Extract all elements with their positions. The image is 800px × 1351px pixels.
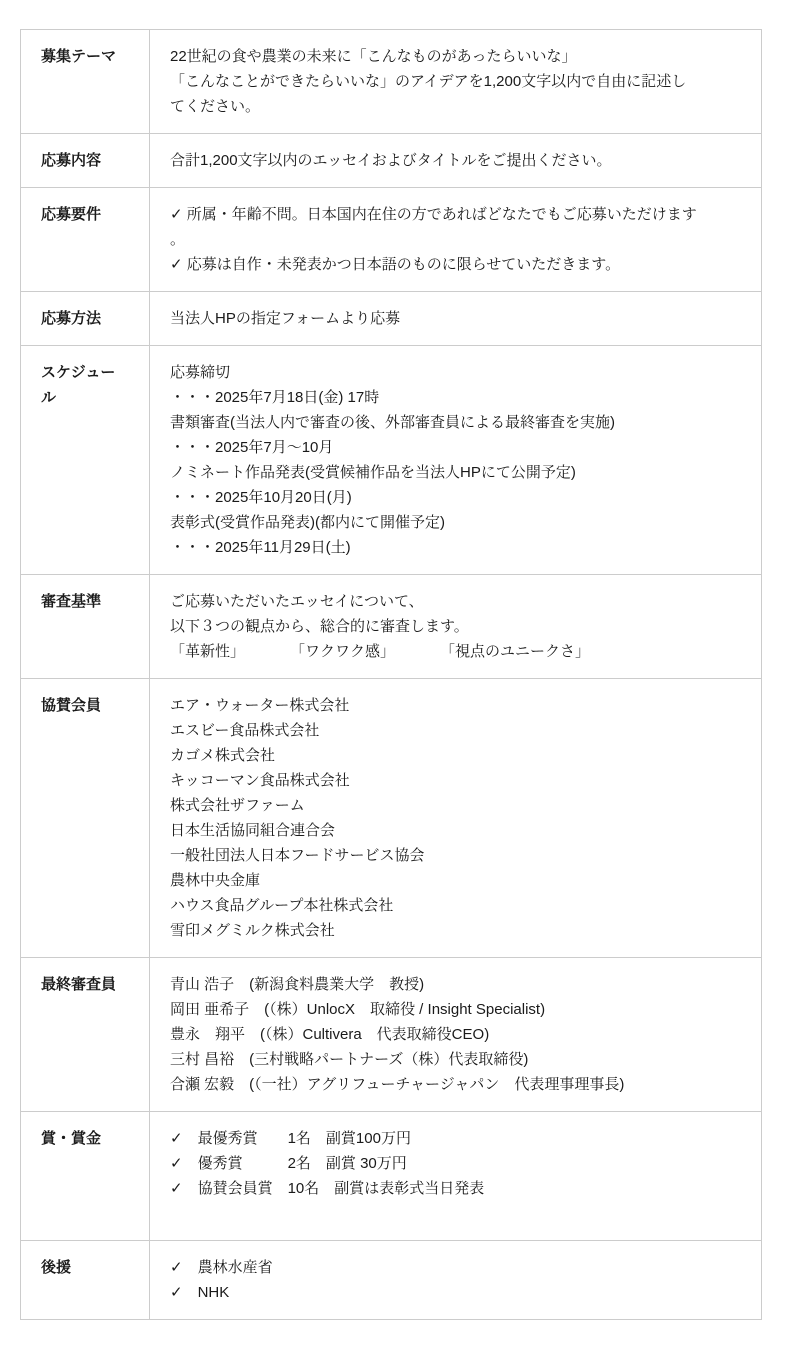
row-content-final-judges: 青山 浩子 (新潟食料農業大学 教授)岡田 亜希子 (（株）UnlocX 取締役…: [150, 958, 762, 1112]
content-line: キッコーマン食品株式会社: [170, 768, 741, 793]
table-row-prizes: 賞・賞金 ✓ 最優秀賞 1名 副賞100万円✓ 優秀賞 2名 副賞 30万円✓ …: [21, 1112, 762, 1241]
row-label-requirements: 応募要件: [21, 188, 150, 292]
table-row-final-judges: 最終審査員 青山 浩子 (新潟食料農業大学 教授)岡田 亜希子 (（株）Unlo…: [21, 958, 762, 1112]
content-line: 岡田 亜希子 (（株）UnlocX 取締役 / Insight Speciali…: [170, 997, 741, 1022]
content-line: 22世紀の食や農業の未来に「こんなものがあったらいいな」: [170, 44, 741, 69]
row-content-prizes: ✓ 最優秀賞 1名 副賞100万円✓ 優秀賞 2名 副賞 30万円✓ 協賛会員賞…: [150, 1112, 762, 1241]
content-line: カゴメ株式会社: [170, 743, 741, 768]
row-label-final-judges: 最終審査員: [21, 958, 150, 1112]
content-line: ハウス食品グループ本社株式会社: [170, 893, 741, 918]
row-label-supporters: 後援: [21, 1241, 150, 1320]
row-label-prizes: 賞・賞金: [21, 1112, 150, 1241]
content-line: 書類審査(当法人内で審査の後、外部審査員による最終審査を実施): [170, 410, 741, 435]
content-line: 青山 浩子 (新潟食料農業大学 教授): [170, 972, 741, 997]
content-line: 「革新性」 「ワクワク感」 「視点のユニークさ」: [170, 639, 741, 664]
content-line: ✓ 農林水産省: [170, 1255, 741, 1280]
content-line: ・・・2025年11月29日(土): [170, 535, 741, 560]
content-line: ✓ 応募は自作・未発表かつ日本語のものに限らせていただきます。: [170, 252, 741, 277]
table-row-supporters: 後援 ✓ 農林水産省✓ NHK: [21, 1241, 762, 1320]
row-label-schedule: スケジュール: [21, 346, 150, 575]
row-content-requirements: ✓ 所属・年齢不問。日本国内在住の方であればどなたでもご応募いただけます。✓ 応…: [150, 188, 762, 292]
row-content-schedule: 応募締切・・・2025年7月18日(金) 17時書類審査(当法人内で審査の後、外…: [150, 346, 762, 575]
row-content-entry-content: 合計1,200文字以内のエッセイおよびタイトルをご提出ください。: [150, 134, 762, 188]
content-line: 一般社団法人日本フードサービス協会: [170, 843, 741, 868]
content-line: ノミネート作品発表(受賞候補作品を当法人HPにて公開予定): [170, 460, 741, 485]
row-label-judging-criteria: 審査基準: [21, 575, 150, 679]
content-line: 農林中央金庫: [170, 868, 741, 893]
page: 募集テーマ 22世紀の食や農業の未来に「こんなものがあったらいいな」「こんなこと…: [0, 0, 800, 1351]
row-content-sponsor-members: エア・ウォーター株式会社エスビー食品株式会社カゴメ株式会社キッコーマン食品株式会…: [150, 679, 762, 958]
content-line: てください。: [170, 94, 741, 119]
row-label-sponsor-members: 協賛会員: [21, 679, 150, 958]
content-line: 豊永 翔平 (（株）Cultivera 代表取締役CEO): [170, 1022, 741, 1047]
row-content-supporters: ✓ 農林水産省✓ NHK: [150, 1241, 762, 1320]
row-label-entry-content: 応募内容: [21, 134, 150, 188]
table-row-schedule: スケジュール 応募締切・・・2025年7月18日(金) 17時書類審査(当法人内…: [21, 346, 762, 575]
row-content-how-to-apply: 当法人HPの指定フォームより応募: [150, 292, 762, 346]
content-line: エア・ウォーター株式会社: [170, 693, 741, 718]
content-line: 雪印メグミルク株式会社: [170, 918, 741, 943]
content-line: ✓ 最優秀賞 1名 副賞100万円: [170, 1126, 741, 1151]
content-line: 「こんなことができたらいいな」のアイデアを1,200文字以内で自由に記述し: [170, 69, 741, 94]
content-line: ・・・2025年7月～10月: [170, 435, 741, 460]
row-content-judging-criteria: ご応募いただいたエッセイについて、以下３つの観点から、総合的に審査します。「革新…: [150, 575, 762, 679]
contest-info-table: 募集テーマ 22世紀の食や農業の未来に「こんなものがあったらいいな」「こんなこと…: [20, 29, 762, 1320]
table-row-sponsor-members: 協賛会員 エア・ウォーター株式会社エスビー食品株式会社カゴメ株式会社キッコーマン…: [21, 679, 762, 958]
content-line: ・・・2025年10月20日(月): [170, 485, 741, 510]
content-line: 三村 昌裕 (三村戦略パートナーズ（株）代表取締役): [170, 1047, 741, 1072]
table-row-judging-criteria: 審査基準 ご応募いただいたエッセイについて、以下３つの観点から、総合的に審査しま…: [21, 575, 762, 679]
content-line: ✓ 優秀賞 2名 副賞 30万円: [170, 1151, 741, 1176]
row-label-theme: 募集テーマ: [21, 30, 150, 134]
content-line: 当法人HPの指定フォームより応募: [170, 306, 741, 331]
content-line: [170, 1201, 741, 1226]
content-line: 合計1,200文字以内のエッセイおよびタイトルをご提出ください。: [170, 148, 741, 173]
table-row-entry-content: 応募内容 合計1,200文字以内のエッセイおよびタイトルをご提出ください。: [21, 134, 762, 188]
table-row-requirements: 応募要件 ✓ 所属・年齢不問。日本国内在住の方であればどなたでもご応募いただけま…: [21, 188, 762, 292]
content-line: ✓ 協賛会員賞 10名 副賞は表彰式当日発表: [170, 1176, 741, 1201]
content-line: 。: [170, 227, 741, 252]
content-line: 以下３つの観点から、総合的に審査します。: [170, 614, 741, 639]
content-line: ・・・2025年7月18日(金) 17時: [170, 385, 741, 410]
row-label-how-to-apply: 応募方法: [21, 292, 150, 346]
content-line: 合瀬 宏毅 (（一社）アグリフューチャージャパン 代表理事理事長): [170, 1072, 741, 1097]
table-row-theme: 募集テーマ 22世紀の食や農業の未来に「こんなものがあったらいいな」「こんなこと…: [21, 30, 762, 134]
content-line: 応募締切: [170, 360, 741, 385]
content-line: 日本生活協同組合連合会: [170, 818, 741, 843]
content-line: ✓ 所属・年齢不問。日本国内在住の方であればどなたでもご応募いただけます: [170, 202, 741, 227]
content-line: 株式会社ザファーム: [170, 793, 741, 818]
contest-info-table-body: 募集テーマ 22世紀の食や農業の未来に「こんなものがあったらいいな」「こんなこと…: [21, 30, 762, 1320]
table-row-how-to-apply: 応募方法 当法人HPの指定フォームより応募: [21, 292, 762, 346]
content-line: エスビー食品株式会社: [170, 718, 741, 743]
row-content-theme: 22世紀の食や農業の未来に「こんなものがあったらいいな」「こんなことができたらい…: [150, 30, 762, 134]
content-line: ご応募いただいたエッセイについて、: [170, 589, 741, 614]
content-line: ✓ NHK: [170, 1280, 741, 1305]
content-line: 表彰式(受賞作品発表)(都内にて開催予定): [170, 510, 741, 535]
